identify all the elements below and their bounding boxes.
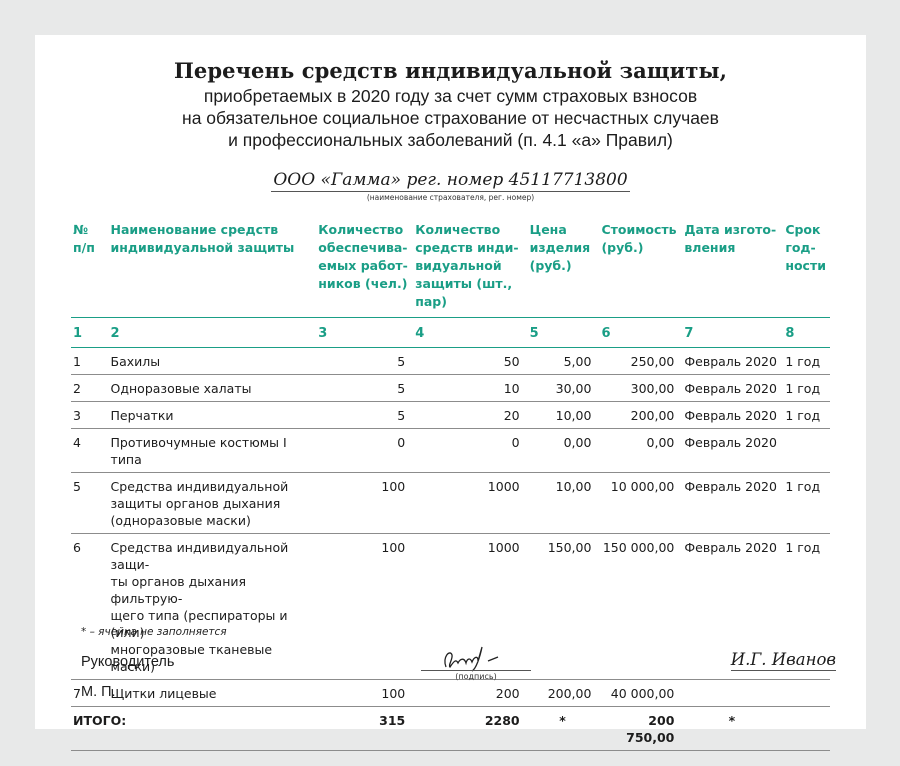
cell-n: 1 <box>71 348 109 375</box>
cell-n: 5 <box>71 473 109 534</box>
column-header: Дата изгото-вления <box>682 221 783 318</box>
cell-name: Щитки лицевые <box>109 680 317 707</box>
table-row: 5Средства индивидуальнойзащиты органов д… <box>71 473 830 534</box>
column-number: 3 <box>316 318 413 348</box>
table-header-row: №п/пНаименование средствиндивидуальной з… <box>71 221 830 318</box>
column-number: 1 <box>71 318 109 348</box>
cell-workers: 100 <box>316 680 413 707</box>
cell-cost: 40 000,00 <box>599 680 682 707</box>
subtitle-line: на обязательное социальное страхование о… <box>35 107 866 129</box>
total-price: * <box>528 707 600 751</box>
column-number: 5 <box>528 318 600 348</box>
cell-date <box>682 680 783 707</box>
column-number: 8 <box>783 318 830 348</box>
cell-qty: 10 <box>413 375 527 402</box>
cell-name: Средства индивидуальнойзащиты органов ды… <box>109 473 317 534</box>
signature-caption: (подпись) <box>421 672 531 681</box>
cell-term: 1 год <box>783 348 830 375</box>
cell-term: 1 год <box>783 402 830 429</box>
cell-workers: 100 <box>316 534 413 680</box>
column-header: Стоимость(руб.) <box>599 221 682 318</box>
cell-workers: 5 <box>316 402 413 429</box>
column-header: Количествообеспечива-емых работ-ников (ч… <box>316 221 413 318</box>
insurer-name: ООО «Гамма» рег. номер 45117713800 <box>271 170 629 192</box>
cell-cost: 150 000,00 <box>599 534 682 680</box>
document-page: Перечень средств индивидуальной защиты, … <box>35 35 866 729</box>
cell-n: 2 <box>71 375 109 402</box>
cell-cost: 300,00 <box>599 375 682 402</box>
column-header: Срокгод-ности <box>783 221 830 318</box>
total-workers: 315 <box>316 707 413 751</box>
subtitle-line: приобретаемых в 2020 году за счет сумм с… <box>35 85 866 107</box>
signer-name: И.Г. Иванов <box>731 650 836 671</box>
cell-n: 3 <box>71 402 109 429</box>
stamp-label: М. П. <box>81 684 116 700</box>
table-row: 3Перчатки52010,00200,00Февраль 20201 год <box>71 402 830 429</box>
table-row: 4Противочумные костюмы I типа000,000,00Ф… <box>71 429 830 473</box>
column-header: №п/п <box>71 221 109 318</box>
cell-qty: 50 <box>413 348 527 375</box>
cell-term: 1 год <box>783 375 830 402</box>
cell-cost: 0,00 <box>599 429 682 473</box>
cell-date: Февраль 2020 <box>682 375 783 402</box>
cell-date: Февраль 2020 <box>682 473 783 534</box>
subtitle-line: и профессиональных заболеваний (п. 4.1 «… <box>35 129 866 151</box>
total-date: * <box>682 707 783 751</box>
cell-price: 200,00 <box>528 680 600 707</box>
column-header: Наименование средствиндивидуальной защит… <box>109 221 317 318</box>
cell-name: Противочумные костюмы I типа <box>109 429 317 473</box>
document-title: Перечень средств индивидуальной защиты, <box>35 58 866 83</box>
cell-date: Февраль 2020 <box>682 429 783 473</box>
column-number: 2 <box>109 318 317 348</box>
cell-cost: 250,00 <box>599 348 682 375</box>
cell-n: 4 <box>71 429 109 473</box>
table-row: 2Одноразовые халаты51030,00300,00Февраль… <box>71 375 830 402</box>
role-label: Руководитель <box>81 654 174 670</box>
column-number-row: 12345678 <box>71 318 830 348</box>
cell-workers: 5 <box>316 375 413 402</box>
cell-price: 0,00 <box>528 429 600 473</box>
cell-cost: 10 000,00 <box>599 473 682 534</box>
cell-term: 1 год <box>783 473 830 534</box>
insurer-block: ООО «Гамма» рег. номер 45117713800 (наим… <box>35 170 866 202</box>
column-header: Количествосредств инди-видуальнойзащиты … <box>413 221 527 318</box>
cell-date: Февраль 2020 <box>682 402 783 429</box>
column-header: Ценаизделия(руб.) <box>528 221 600 318</box>
cell-name: Перчатки <box>109 402 317 429</box>
cell-name: Бахилы <box>109 348 317 375</box>
cell-qty: 1000 <box>413 473 527 534</box>
cell-workers: 0 <box>316 429 413 473</box>
column-number: 7 <box>682 318 783 348</box>
total-row: ИТОГО:3152280*200 750,00* <box>71 707 830 751</box>
table-row: 1Бахилы5505,00250,00Февраль 20201 год <box>71 348 830 375</box>
cell-price: 10,00 <box>528 402 600 429</box>
signature-block: (подпись) <box>421 641 531 685</box>
cell-price: 30,00 <box>528 375 600 402</box>
cell-cost: 200,00 <box>599 402 682 429</box>
cell-term <box>783 680 830 707</box>
signature-line <box>421 670 531 671</box>
cell-price: 150,00 <box>528 534 600 680</box>
document-subtitle: приобретаемых в 2020 году за счет сумм с… <box>35 85 866 151</box>
insurer-caption: (наименование страхователя, рег. номер) <box>35 193 866 202</box>
signature-icon <box>436 643 526 673</box>
total-term <box>783 707 830 751</box>
cell-workers: 100 <box>316 473 413 534</box>
footnote: * – ячейка не заполняется <box>81 626 227 638</box>
total-label: ИТОГО: <box>71 707 316 751</box>
cell-date: Февраль 2020 <box>682 348 783 375</box>
cell-name: Одноразовые халаты <box>109 375 317 402</box>
cell-qty: 20 <box>413 402 527 429</box>
total-qty: 2280 <box>413 707 527 751</box>
column-number: 4 <box>413 318 527 348</box>
cell-price: 10,00 <box>528 473 600 534</box>
cell-price: 5,00 <box>528 348 600 375</box>
cell-qty: 0 <box>413 429 527 473</box>
total-cost: 200 750,00 <box>599 707 682 751</box>
cell-term <box>783 429 830 473</box>
column-number: 6 <box>599 318 682 348</box>
cell-workers: 5 <box>316 348 413 375</box>
